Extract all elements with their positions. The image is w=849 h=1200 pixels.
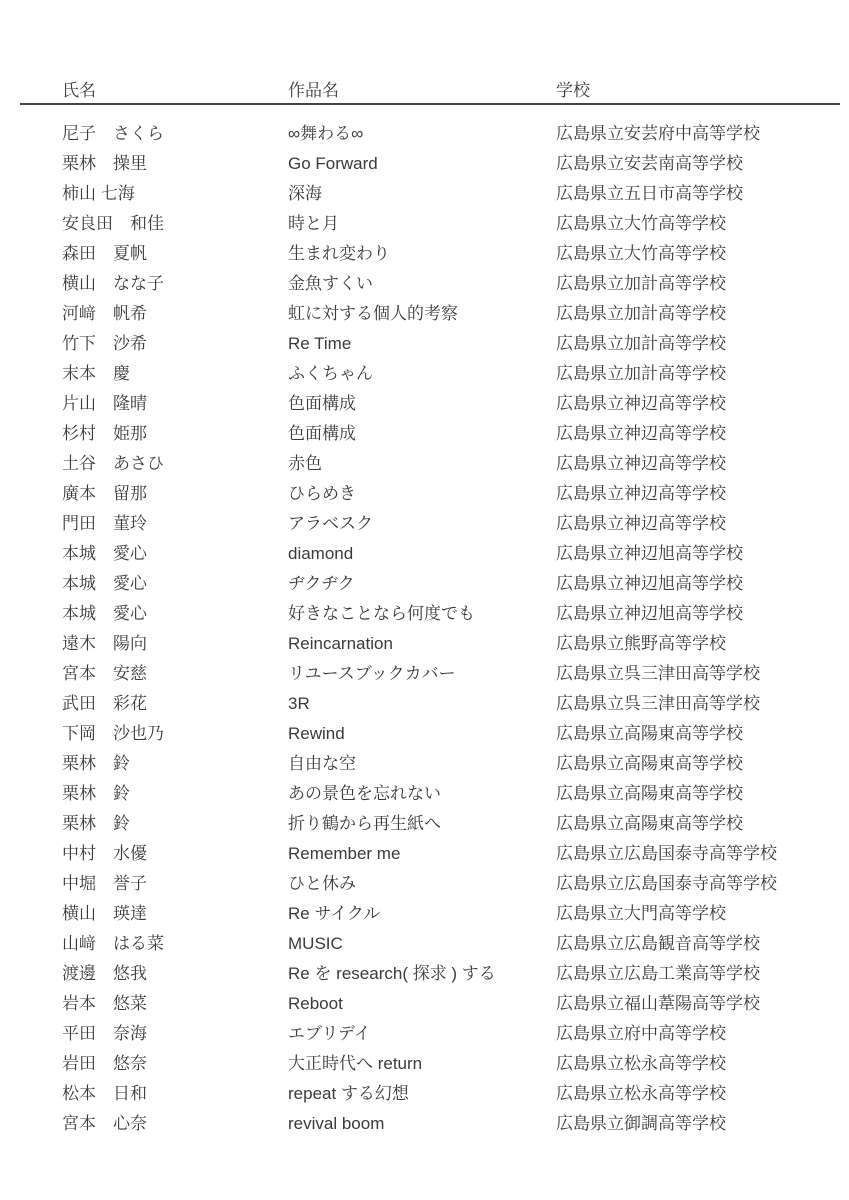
work-cell: ひと休み — [288, 869, 556, 899]
table-row: 山﨑 はる菜 MUSIC 広島県立広島観音高等学校 — [62, 929, 849, 959]
name-cell: 中堀 誉子 — [62, 869, 288, 899]
school-cell: 広島県立加計高等学校 — [556, 329, 849, 359]
name-cell: 門田 菫玲 — [62, 509, 288, 539]
name-cell: 本城 愛心 — [62, 569, 288, 599]
name-cell: 土谷 あさひ — [62, 449, 288, 479]
name-cell: 宮本 心奈 — [62, 1109, 288, 1139]
name-cell: 森田 夏帆 — [62, 239, 288, 269]
name-cell: 横山 瑛達 — [62, 899, 288, 929]
school-cell: 広島県立広島工業高等学校 — [556, 959, 849, 989]
school-cell: 広島県立神辺旭高等学校 — [556, 599, 849, 629]
table-row: 栗林 操里 Go Forward 広島県立安芸南高等学校 — [62, 149, 849, 179]
table-row: 中村 水優 Remember me 広島県立広島国泰寺高等学校 — [62, 839, 849, 869]
table-row: 栗林 鈴 自由な空 広島県立高陽東高等学校 — [62, 749, 849, 779]
table-row: 安良田 和佳 時と月 広島県立大竹高等学校 — [62, 209, 849, 239]
name-cell: 尼子 さくら — [62, 119, 288, 149]
work-cell: 生まれ変わり — [288, 239, 556, 269]
table-row: 本城 愛心 ヂクヂク 広島県立神辺旭高等学校 — [62, 569, 849, 599]
school-cell: 広島県立神辺高等学校 — [556, 419, 849, 449]
table-row: 遠木 陽向 Reincarnation 広島県立熊野高等学校 — [62, 629, 849, 659]
name-cell: 武田 彩花 — [62, 689, 288, 719]
name-cell: 渡邊 悠我 — [62, 959, 288, 989]
name-cell: 安良田 和佳 — [62, 209, 288, 239]
work-cell: リユースブックカバー — [288, 659, 556, 689]
header-school: 学校 — [556, 80, 849, 102]
name-cell: 栗林 操里 — [62, 149, 288, 179]
name-cell: 本城 愛心 — [62, 539, 288, 569]
school-cell: 広島県立安芸府中高等学校 — [556, 119, 849, 149]
table-row: 廣本 留那 ひらめき 広島県立神辺高等学校 — [62, 479, 849, 509]
work-cell: 折り鶴から再生紙へ — [288, 809, 556, 839]
table-row: 松本 日和 repeat する幻想 広島県立松永高等学校 — [62, 1079, 849, 1109]
work-cell: ふくちゃん — [288, 359, 556, 389]
work-cell: 時と月 — [288, 209, 556, 239]
work-cell: 色面構成 — [288, 389, 556, 419]
work-cell: Go Forward — [288, 149, 556, 179]
name-cell: 片山 隆晴 — [62, 389, 288, 419]
school-cell: 広島県立加計高等学校 — [556, 359, 849, 389]
work-cell: 自由な空 — [288, 749, 556, 779]
name-cell: 遠木 陽向 — [62, 629, 288, 659]
work-cell: diamond — [288, 539, 556, 569]
name-cell: 竹下 沙希 — [62, 329, 288, 359]
school-cell: 広島県立呉三津田高等学校 — [556, 689, 849, 719]
school-cell: 広島県立神辺旭高等学校 — [556, 539, 849, 569]
table-row: 杉村 姫那 色面構成 広島県立神辺高等学校 — [62, 419, 849, 449]
table-row: 宮本 心奈 revival boom 広島県立御調高等学校 — [62, 1109, 849, 1139]
table-row: 宮本 安慈 リユースブックカバー 広島県立呉三津田高等学校 — [62, 659, 849, 689]
table-row: 土谷 あさひ 赤色 広島県立神辺高等学校 — [62, 449, 849, 479]
table-row: 尼子 さくら ∞舞わる∞ 広島県立安芸府中高等学校 — [62, 119, 849, 149]
work-cell: 虹に対する個人的考察 — [288, 299, 556, 329]
name-cell: 山﨑 はる菜 — [62, 929, 288, 959]
table-row: 横山 瑛達 Re サイクル 広島県立大門高等学校 — [62, 899, 849, 929]
school-cell: 広島県立加計高等学校 — [556, 299, 849, 329]
table-row: 森田 夏帆 生まれ変わり 広島県立大竹高等学校 — [62, 239, 849, 269]
school-cell: 広島県立五日市高等学校 — [556, 179, 849, 209]
name-cell: 下岡 沙也乃 — [62, 719, 288, 749]
table-row: 栗林 鈴 折り鶴から再生紙へ 広島県立高陽東高等学校 — [62, 809, 849, 839]
school-cell: 広島県立神辺高等学校 — [556, 479, 849, 509]
school-cell: 広島県立広島国泰寺高等学校 — [556, 869, 849, 899]
table-header: 氏名 作品名 学校 — [62, 80, 849, 102]
name-cell: 宮本 安慈 — [62, 659, 288, 689]
work-cell: エブリデイ — [288, 1019, 556, 1049]
work-cell: ヂクヂク — [288, 569, 556, 599]
table-row: 河﨑 帆希 虹に対する個人的考察 広島県立加計高等学校 — [62, 299, 849, 329]
table-row: 岩田 悠奈 大正時代へ return 広島県立松永高等学校 — [62, 1049, 849, 1079]
work-cell: 3R — [288, 689, 556, 719]
table-row: 門田 菫玲 アラベスク 広島県立神辺高等学校 — [62, 509, 849, 539]
work-cell: Re を research( 探求 ) する — [288, 959, 556, 989]
name-cell: 栗林 鈴 — [62, 779, 288, 809]
table-row: 平田 奈海 エブリデイ 広島県立府中高等学校 — [62, 1019, 849, 1049]
work-cell: 赤色 — [288, 449, 556, 479]
school-cell: 広島県立加計高等学校 — [556, 269, 849, 299]
work-cell: revival boom — [288, 1109, 556, 1139]
work-cell: あの景色を忘れない — [288, 779, 556, 809]
header-work: 作品名 — [288, 80, 556, 102]
school-cell: 広島県立福山葦陽高等学校 — [556, 989, 849, 1019]
school-cell: 広島県立神辺高等学校 — [556, 389, 849, 419]
school-cell: 広島県立大竹高等学校 — [556, 209, 849, 239]
work-cell: Re サイクル — [288, 899, 556, 929]
table-row: 武田 彩花 3R 広島県立呉三津田高等学校 — [62, 689, 849, 719]
name-cell: 栗林 鈴 — [62, 809, 288, 839]
work-cell: MUSIC — [288, 929, 556, 959]
name-cell: 末本 慶 — [62, 359, 288, 389]
table-row: 柿山 七海 深海 広島県立五日市高等学校 — [62, 179, 849, 209]
work-cell: Rewind — [288, 719, 556, 749]
school-cell: 広島県立広島国泰寺高等学校 — [556, 839, 849, 869]
school-cell: 広島県立大門高等学校 — [556, 899, 849, 929]
name-cell: 岩本 悠菜 — [62, 989, 288, 1019]
work-cell: 色面構成 — [288, 419, 556, 449]
school-cell: 広島県立安芸南高等学校 — [556, 149, 849, 179]
name-cell: 平田 奈海 — [62, 1019, 288, 1049]
name-cell: 岩田 悠奈 — [62, 1049, 288, 1079]
table-row: 岩本 悠菜 Reboot 広島県立福山葦陽高等学校 — [62, 989, 849, 1019]
school-cell: 広島県立高陽東高等学校 — [556, 809, 849, 839]
work-cell: 大正時代へ return — [288, 1049, 556, 1079]
table-row: 竹下 沙希 Re Time 広島県立加計高等学校 — [62, 329, 849, 359]
school-cell: 広島県立呉三津田高等学校 — [556, 659, 849, 689]
school-cell: 広島県立神辺高等学校 — [556, 449, 849, 479]
name-cell: 柿山 七海 — [62, 179, 288, 209]
work-cell: Remember me — [288, 839, 556, 869]
work-cell: repeat する幻想 — [288, 1079, 556, 1109]
school-cell: 広島県立高陽東高等学校 — [556, 719, 849, 749]
work-cell: ∞舞わる∞ — [288, 119, 556, 149]
school-cell: 広島県立松永高等学校 — [556, 1079, 849, 1109]
school-cell: 広島県立御調高等学校 — [556, 1109, 849, 1139]
work-cell: Re Time — [288, 329, 556, 359]
work-cell: Reboot — [288, 989, 556, 1019]
work-cell: 好きなことなら何度でも — [288, 599, 556, 629]
school-cell: 広島県立神辺旭高等学校 — [556, 569, 849, 599]
school-cell: 広島県立府中高等学校 — [556, 1019, 849, 1049]
name-cell: 杉村 姫那 — [62, 419, 288, 449]
table-row: 下岡 沙也乃 Rewind 広島県立高陽東高等学校 — [62, 719, 849, 749]
school-cell: 広島県立神辺高等学校 — [556, 509, 849, 539]
work-cell: ひらめき — [288, 479, 556, 509]
table-row: 片山 隆晴 色面構成 広島県立神辺高等学校 — [62, 389, 849, 419]
name-cell: 横山 なな子 — [62, 269, 288, 299]
school-cell: 広島県立熊野高等学校 — [556, 629, 849, 659]
school-cell: 広島県立高陽東高等学校 — [556, 779, 849, 809]
name-cell: 栗林 鈴 — [62, 749, 288, 779]
work-cell: Reincarnation — [288, 629, 556, 659]
table-row: 中堀 誉子 ひと休み 広島県立広島国泰寺高等学校 — [62, 869, 849, 899]
work-cell: 金魚すくい — [288, 269, 556, 299]
table-row: 本城 愛心 好きなことなら何度でも 広島県立神辺旭高等学校 — [62, 599, 849, 629]
school-cell: 広島県立広島観音高等学校 — [556, 929, 849, 959]
name-cell: 廣本 留那 — [62, 479, 288, 509]
table-row: 栗林 鈴 あの景色を忘れない 広島県立高陽東高等学校 — [62, 779, 849, 809]
table-row: 渡邊 悠我 Re を research( 探求 ) する 広島県立広島工業高等学… — [62, 959, 849, 989]
school-cell: 広島県立大竹高等学校 — [556, 239, 849, 269]
table-body: 尼子 さくら ∞舞わる∞ 広島県立安芸府中高等学校 栗林 操里 Go Forwa… — [62, 119, 849, 1139]
name-cell: 河﨑 帆希 — [62, 299, 288, 329]
name-cell: 中村 水優 — [62, 839, 288, 869]
header-divider — [20, 103, 840, 105]
document-page: 氏名 作品名 学校 尼子 さくら ∞舞わる∞ 広島県立安芸府中高等学校 栗林 操… — [0, 0, 849, 1200]
school-cell: 広島県立高陽東高等学校 — [556, 749, 849, 779]
school-cell: 広島県立松永高等学校 — [556, 1049, 849, 1079]
work-cell: 深海 — [288, 179, 556, 209]
table-row: 本城 愛心 diamond 広島県立神辺旭高等学校 — [62, 539, 849, 569]
table-row: 末本 慶 ふくちゃん 広島県立加計高等学校 — [62, 359, 849, 389]
name-cell: 本城 愛心 — [62, 599, 288, 629]
table-row: 横山 なな子 金魚すくい 広島県立加計高等学校 — [62, 269, 849, 299]
header-name: 氏名 — [62, 80, 288, 102]
name-cell: 松本 日和 — [62, 1079, 288, 1109]
work-cell: アラベスク — [288, 509, 556, 539]
